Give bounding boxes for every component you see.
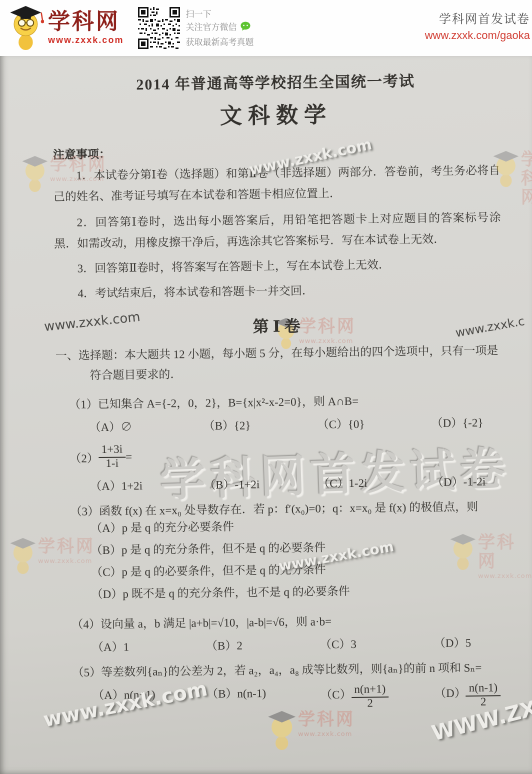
question-1-stem: （1）已知集合 A={-2，0，2}，B={x|x²-x-2=0}，则 A∩B= (56, 391, 503, 412)
fraction: n(n-1)2 (466, 682, 501, 710)
option-a: （A）1 (92, 638, 206, 655)
qr-code-icon (138, 7, 180, 49)
mascot-icon (268, 711, 298, 755)
first-release-label: 学科网首发试卷 (425, 10, 530, 27)
watermark-logo: 学科网 www.zxxk.com (268, 711, 355, 755)
zxxk-logo[interactable]: 学科网 www.zxxk.com (10, 6, 124, 50)
site-header: 学科网 www.zxxk.com 扫一下 (0, 0, 532, 56)
option-c: （C）n(n+1)2 (320, 683, 434, 712)
qr-caption-line1: 扫一下 (186, 8, 254, 21)
qr-group: 扫一下 关注官方微信 获取最新高考真题 (138, 7, 254, 49)
exam-title: 2014 年普通高等学校招生全国统一考试 (52, 69, 499, 95)
notice-item: 4．考试结束后，将本试卷和答题卡一并交回． (55, 279, 502, 306)
notice-item: 3．回答第Ⅱ卷时，将答案写在答题卡上，写在本试卷上无效． (54, 254, 501, 281)
notice-item: 1．本试卷分第Ⅰ卷（选择题）和第Ⅱ卷（非选择题）两部分．答卷前，考生务必将自己的… (53, 161, 500, 209)
question-2-options: （A）1+2i （B）-1+2i （C）1-2i （D）-1-2i (57, 474, 504, 495)
option-c: （C）{0} (317, 415, 431, 432)
question-5-options: （A）n(n+1) （B）n(n-1) （C）n(n+1)2 （D）n(n-1)… (59, 682, 506, 715)
scanned-exam-page: 学科网 www.zxxk.com 扫一下 (0, 0, 532, 774)
option-b: （B）2 (206, 636, 320, 653)
question-5-stem: （5）等差数列{aₙ}的公差为 2，若 a₂，a₄，a₈ 成等比数列，则{aₙ}… (59, 659, 506, 680)
notice-item: 2．回答第Ⅰ卷时，选出每小题答案后，用铅笔把答题卡上对应题目的答案标号涂黑．如需… (54, 208, 501, 256)
qr-caption-line2: 关注官方微信 (186, 22, 237, 32)
question-3-option-d: （D）p 既不是 q 的充分条件，也不是 q 的必要条件 (58, 580, 505, 607)
qr-caption: 扫一下 关注官方微信 获取最新高考真题 (186, 8, 254, 49)
document-body: 2014 年普通高等学校招生全国统一考试 文科数学 注意事项： 1．本试卷分第Ⅰ… (0, 56, 532, 715)
option-b: （B）-1+2i (204, 476, 318, 493)
notice-heading: 注意事项： (53, 141, 500, 162)
option-b: （B）{2} (203, 416, 317, 433)
question-4-stem: （4）设向量 a，b 满足 |a+b|=√10，|a-b|=√6，则 a·b= (59, 611, 506, 632)
fraction: 1+3i 1-i (98, 444, 126, 472)
fraction: n(n+1)2 (351, 683, 389, 711)
gaokao-url-link[interactable]: www.zxxk.com/gaoka (425, 30, 530, 42)
option-d: （D）5 (434, 634, 471, 650)
option-a: （A）∅ (89, 418, 203, 435)
brand-name: 学科网 (48, 9, 120, 34)
option-b: （B）n(n-1) (206, 684, 320, 713)
option-c: （C）1-2i (318, 474, 432, 491)
brand-url[interactable]: www.zxxk.com (48, 35, 124, 45)
option-d: （D）{-2} (431, 414, 483, 431)
section-title: 第Ⅰ卷 (55, 311, 502, 339)
wechat-icon (240, 21, 251, 36)
option-d: （D）n(n-1)2 (434, 682, 500, 710)
section-intro: 一、选择题：本大题共 12 小题，每小题 5 分，在每小题给出的四个选项中，只有… (55, 341, 502, 388)
exam-subject: 文科数学 (52, 96, 499, 132)
paper-scan: 学科网首发试卷 学科网 www.zxxk.com 2014 年普通高等学校招生全… (0, 56, 532, 774)
question-2-stem: （2） 1+3i 1-i = (57, 439, 504, 472)
option-c: （C）3 (320, 635, 434, 652)
mascot-icon (10, 6, 44, 50)
qr-caption-line3: 获取最新高考真题 (186, 36, 254, 49)
option-a: （A）1+2i (90, 477, 204, 494)
question-1-options: （A）∅ （B）{2} （C）{0} （D）{-2} (56, 414, 503, 435)
question-4-options: （A）1 （B）2 （C）3 （D）5 (59, 634, 506, 655)
option-d: （D）-1-2i (432, 474, 486, 491)
option-a: （A）n(n+1) (92, 686, 206, 715)
